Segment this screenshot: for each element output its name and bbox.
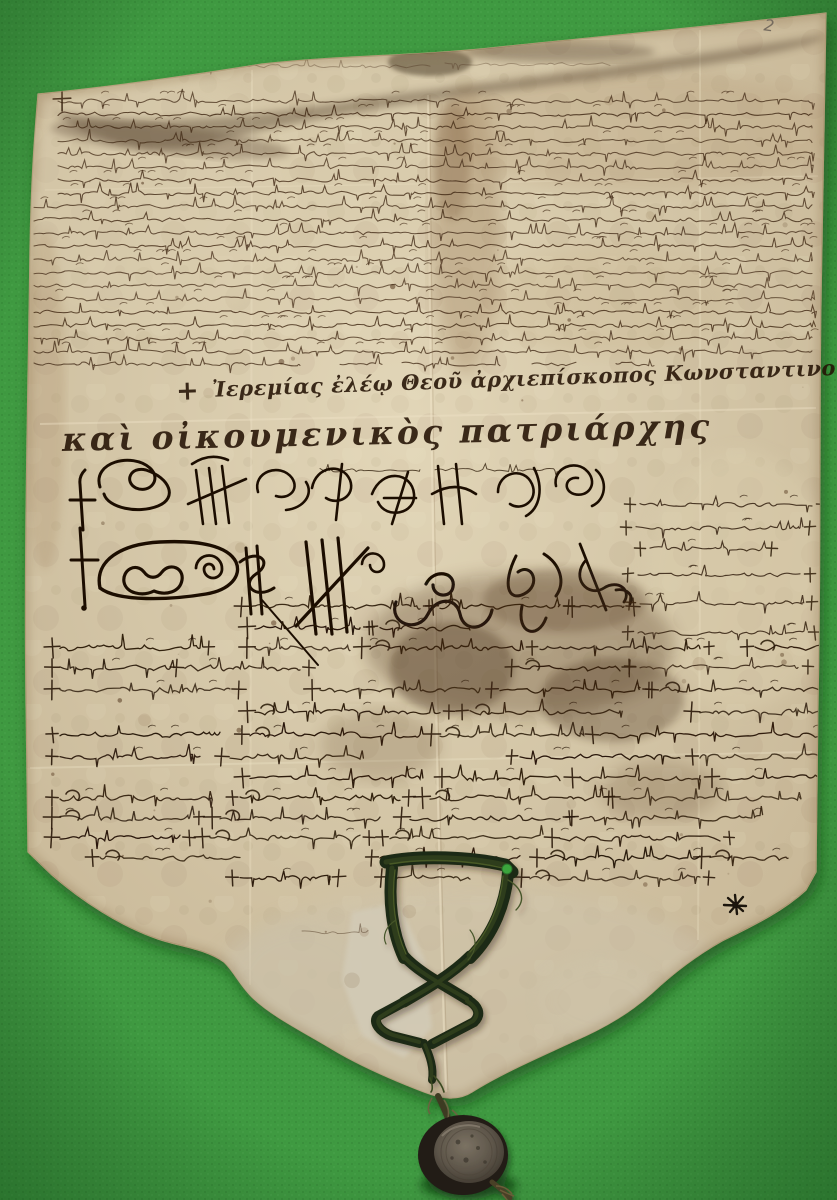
foxing-spot [521,399,523,401]
stain-blob [403,905,417,919]
foxing-spot [781,659,787,665]
foxing-spot [394,143,396,145]
stain-blob [235,542,246,553]
foxing-spot [271,620,276,625]
foxing-spot [784,490,788,494]
foxing-spot [567,318,571,322]
foxing-spot [141,182,144,185]
foxing-spot [680,833,683,836]
invocation-cross: + [176,375,200,407]
foxing-spot [643,882,648,887]
foxing-spot [291,357,295,361]
foxing-spot [497,249,499,251]
foxing-spot [178,654,179,655]
foxing-spot [209,900,212,903]
foxing-spot [356,266,358,268]
foxing-spot [727,873,729,875]
foxing-spot [237,728,242,733]
foxing-spot [153,809,155,811]
stain-blob [344,973,360,989]
cord-knot-highlight [502,864,512,874]
foxing-spot [269,643,271,645]
stain-blob [567,799,577,809]
foxing-spot [325,931,327,933]
stain-blob [693,657,706,670]
foxing-spot [783,222,788,227]
foxing-spot [51,773,54,776]
foxing-spot [170,604,173,607]
seal-face [434,1121,504,1183]
manuscript-photo: +Ἰερεμίας ἐλέῳ Θεοῦ ἀρχιεπίσκοπος Κωνστα… [0,0,837,1200]
foxing-spot [118,698,123,703]
foxing-spot [780,653,784,657]
manuscript-artwork [0,0,837,1200]
foxing-spot [662,108,666,112]
foxing-spot [451,356,455,360]
foxing-spot [682,679,687,684]
stain-blob [138,714,151,727]
foxing-spot [101,521,105,525]
foxing-spot [802,387,803,388]
